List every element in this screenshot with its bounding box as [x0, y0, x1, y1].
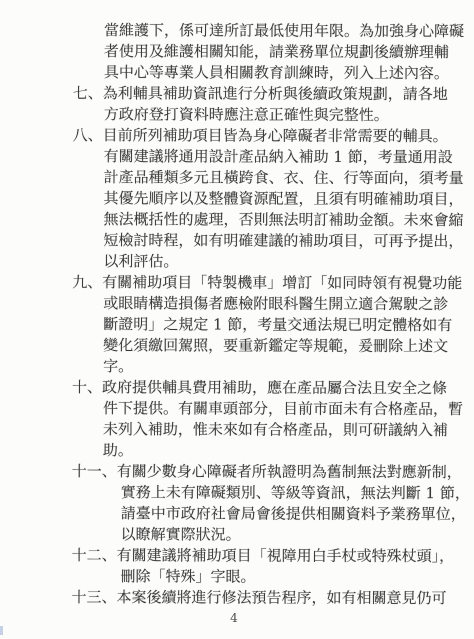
text-line: 無法概括性的處理，否則無法明訂補助金額。未來會縮 [0, 209, 474, 231]
text-line: 八、目前所列補助項目皆為身心障礙者非常需要的輔具。 [0, 125, 474, 147]
text-line: 十二、有關建議將補助項目「視障用白手杖或特殊杖頭」， [0, 545, 473, 567]
text-line: 未列入補助，惟未來如有合格產品，則可研議納入補 [0, 419, 473, 441]
text-line: 請臺中市政府社會局會後提供相關資料予業務單位， [0, 503, 473, 525]
text-line: 十一、有關少數身心障礙者所執證明為舊制無法對應新制， [0, 461, 473, 483]
text-line: 九、有關補助項目「特製機車」增訂「如同時領有視覺功能 [0, 272, 473, 294]
page-number: 4 [0, 611, 468, 625]
text-line: 短檢討時程，如有明確建議的補助項目，可再予提出， [0, 230, 473, 252]
text-line: 以利評估。 [0, 251, 473, 273]
text-line: 以瞭解實際狀況。 [0, 524, 473, 546]
text-line: 變化須繳回駕照，要重新鑑定等規範，爰刪除上述文 [0, 335, 473, 357]
text-line: 方政府登打資料時應注意正確性與完整性。 [0, 104, 474, 126]
text-line: 件下提供。有關車頭部分，目前市面未有合格產品，暫 [0, 398, 473, 420]
text-line: 刪除「特殊」字眼。 [0, 566, 473, 588]
text-line: 七、為利輔具補助資訊進行分析與後續政策規劃，請各地 [0, 83, 474, 105]
text-line: 十三、本案後續將進行修法預告程序，如有相關意見仍可 [0, 587, 473, 609]
text-line: 當維護下，係可達所訂最低使用年限。為加強身心障礙 [0, 20, 474, 42]
text-lines: 當維護下，係可達所訂最低使用年限。為加強身心障礙者使用及維護相關知能，請業務單位… [0, 20, 474, 609]
text-line: 斷證明」之規定 1 節，考量交通法規已明定體格如有 [0, 314, 473, 336]
scanned-document-page: 當維護下，係可達所訂最低使用年限。為加強身心障礙者使用及維護相關知能，請業務單位… [0, 0, 474, 639]
text-line: 字。 [0, 356, 473, 378]
text-line: 者使用及維護相關知能，請業務單位規劃後續辦理輔 [0, 41, 474, 63]
text-line: 十、政府提供輔具費用補助，應在產品屬合法且安全之條 [0, 377, 473, 399]
text-line: 或眼睛構造損傷者應檢附眼科醫生開立適合駕駛之診 [0, 293, 473, 315]
text-line: 助。 [0, 440, 473, 462]
text-line: 計產品種類多元且橫跨食、衣、住、行等面向，須考量 [0, 167, 474, 189]
text-line: 實務上未有障礙類別、等級等資訊，無法判斷 1 節， [0, 482, 473, 504]
text-line: 具中心等專業人員相關教育訓練時，列入上述內容。 [0, 62, 474, 84]
text-line: 有關建議將通用設計產品納入補助 1 節，考量通用設 [0, 146, 474, 168]
text-line: 其優先順序以及整體資源配置，且須有明確補助項目， [0, 188, 474, 210]
scan-artifact-mark [0, 626, 3, 635]
